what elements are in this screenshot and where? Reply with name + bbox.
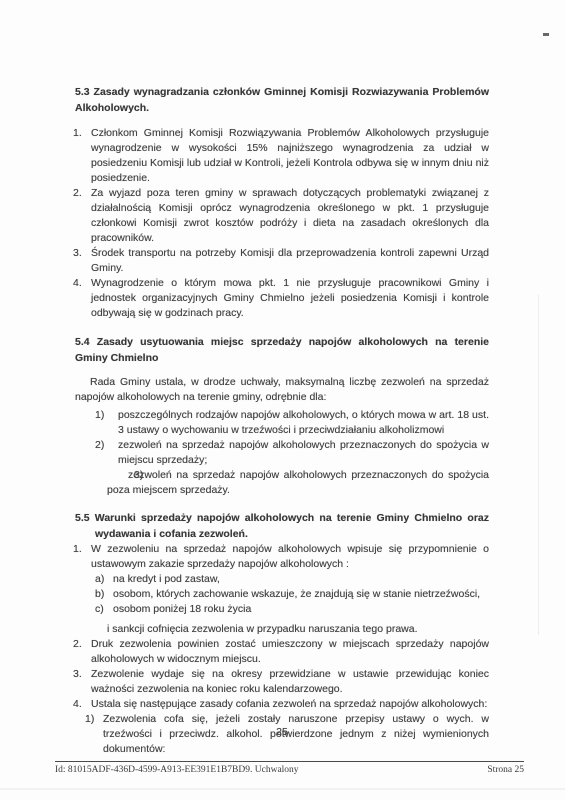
list-item-text: Ustala się następujące zasady cofania ze…	[91, 698, 487, 710]
section-5-5-heading: 5.5 Warunki sprzedaży napojów alkoholowy…	[75, 510, 489, 542]
list-item-marker: b)	[95, 587, 104, 602]
list-item: 2. Druk zezwolenia powinien zostać umies…	[75, 637, 489, 667]
footer-document-id: Id: 81015ADF-436D-4599-A913-EE391E1B7BD9…	[55, 765, 299, 775]
list-item-marker: a)	[95, 572, 104, 587]
list-item: 1. W zezwoleniu na sprzedaż napojów alko…	[75, 542, 489, 572]
list-item-marker: 4.	[73, 697, 82, 712]
list-item: 3) zezwoleń na sprzedaż napojów alkoholo…	[75, 468, 489, 498]
section-5-3-list: 1. Członkom Gminnej Komisji Rozwiązywani…	[75, 126, 489, 321]
list-item-text: Zezwolenie wydaje się na okresy przewidz…	[91, 668, 489, 695]
list-item-text: na kredyt i pod zastaw,	[113, 573, 220, 585]
list-item-text: zezwoleń na sprzedaż napojów alkoholowyc…	[118, 439, 489, 466]
section-5-3-heading: 5.3 Zasady wynagradzania członków Gminne…	[75, 84, 489, 116]
list-item-text: W zezwoleniu na sprzedaż napojów alkohol…	[91, 543, 489, 570]
list-item: b) osobom, których zachowanie wskazuje, …	[75, 587, 489, 602]
list-item: 3. Zezwolenie wydaje się na okresy przew…	[75, 667, 489, 697]
list-item-text: poszczególnych rodzajów napojów alkoholo…	[118, 409, 489, 436]
list-item: a) na kredyt i pod zastaw,	[75, 572, 489, 587]
list-item-text: Za wyjazd poza teren gminy w sprawach do…	[91, 187, 489, 244]
list-item: 4. Wynagrodzenie o którym mowa pkt. 1 ni…	[75, 276, 489, 321]
list-item: 1. Członkom Gminnej Komisji Rozwiązywani…	[75, 126, 489, 186]
list-item-marker: 2)	[95, 438, 104, 453]
list-item-marker: 1.	[73, 126, 82, 141]
list-item-text: osobom poniżej 18 roku życia	[113, 603, 251, 615]
list-item: 1) poszczególnych rodzajów napojów alkoh…	[75, 408, 489, 438]
list-item-marker: 1)	[85, 712, 94, 727]
section-5-4-heading: 5.4 Zasady usytuowania miejsc sprzedaży …	[75, 334, 489, 366]
footer-page-label: Strona 25	[487, 765, 524, 775]
sanction-continuation-line: i sankcji cofnięcia zezwolenia w przypad…	[75, 622, 489, 637]
scan-artifact-bottom-band	[0, 788, 565, 790]
list-item-marker: c)	[95, 602, 104, 617]
section-5-4-intro: Rada Gminy ustala, w drodze uchwały, mak…	[75, 375, 489, 405]
list-item: c) osobom poniżej 18 roku życia	[75, 602, 489, 617]
list-item-text: Członkom Gminnej Komisji Rozwiązywania P…	[91, 127, 489, 184]
list-item-marker: 1)	[95, 408, 104, 423]
page-footer: Id: 81015ADF-436D-4599-A913-EE391E1B7BD9…	[55, 761, 524, 775]
list-item-marker: 3)	[113, 468, 143, 483]
page-number: 25	[75, 726, 489, 738]
list-item: 2. Za wyjazd poza teren gminy w sprawach…	[75, 186, 489, 246]
list-item-marker: 3.	[73, 667, 82, 682]
scanned-document-page: 5.3 Zasady wynagradzania członków Gminne…	[0, 0, 565, 800]
list-item-marker: 3.	[73, 246, 82, 261]
list-item-marker: 2.	[73, 637, 82, 652]
list-item: 3. Środek transportu na potrzeby Komisji…	[75, 246, 489, 276]
list-item-marker: 2.	[73, 186, 82, 201]
list-item-text: zezwoleń na sprzedaż napojów alkoholowyc…	[107, 469, 489, 496]
section-5-5-list: 1. W zezwoleniu na sprzedaż napojów alko…	[75, 542, 489, 757]
list-item-marker: 1.	[73, 542, 82, 557]
list-item: 4. Ustala się następujące zasady cofania…	[75, 697, 489, 712]
list-item-marker: 4.	[73, 276, 82, 291]
list-item-text: Druk zezwolenia powinien zostać umieszcz…	[91, 638, 489, 665]
list-item-text: Środek transportu na potrzeby Komisji dl…	[91, 247, 489, 274]
list-item: 2) zezwoleń na sprzedaż napojów alkoholo…	[75, 438, 489, 468]
scan-artifact-dash	[543, 33, 549, 36]
scan-artifact-vertical-line	[538, 295, 539, 635]
document-body: 5.3 Zasady wynagradzania członków Gminne…	[75, 0, 489, 757]
list-item-text: osobom, których zachowanie wskazuje, że …	[113, 588, 480, 600]
list-item-text: Wynagrodzenie o którym mowa pkt. 1 nie p…	[91, 277, 489, 319]
section-5-4-list: 1) poszczególnych rodzajów napojów alkoh…	[75, 408, 489, 498]
